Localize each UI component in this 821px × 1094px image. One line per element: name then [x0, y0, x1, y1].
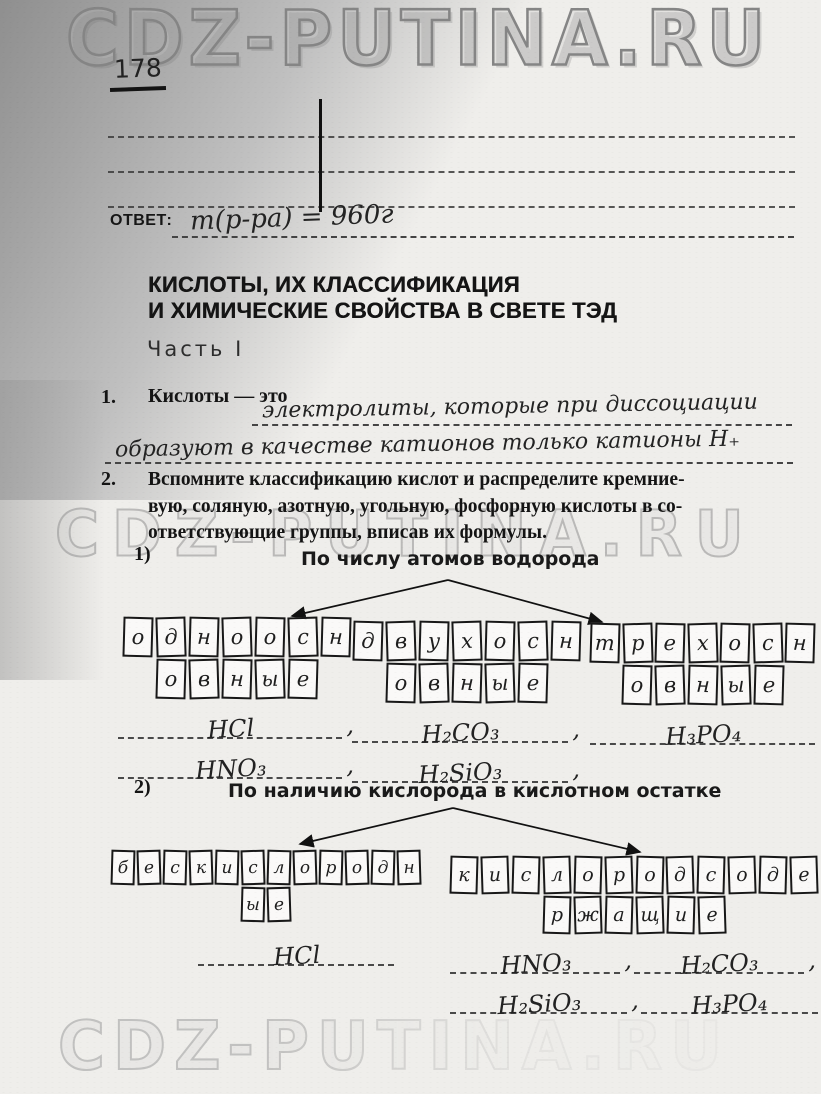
- letter-box: о: [221, 617, 252, 658]
- letter-box: н: [785, 623, 816, 664]
- group-monobasic: одноосновныеHCl,HNO₃,: [118, 617, 356, 779]
- letter-box: в: [385, 621, 416, 662]
- letter-box-row: овные: [118, 659, 356, 699]
- letter-box: о: [122, 617, 153, 658]
- ruled-line: [108, 171, 795, 173]
- watermark-top: CDZ-PUTINA.RU: [66, 0, 770, 82]
- chapter-title: КИСЛОТЫ, ИХ КЛАССИФИКАЦИЯ И ХИМИЧЕСКИЕ С…: [148, 272, 617, 324]
- question2-text-line1: Вспомните классификацию кислот и распред…: [148, 467, 803, 494]
- formula-line: HNO₃,: [118, 745, 356, 779]
- letter-box: л: [542, 856, 571, 895]
- letter-box: о: [155, 659, 186, 700]
- question2-text-line3: ответствующие группы, вписав их формулы.: [148, 520, 803, 547]
- question1-number: 1.: [101, 386, 116, 409]
- question2-text: Вспомните классификацию кислот и распред…: [148, 467, 803, 547]
- handwritten-formula: HCl: [206, 714, 254, 744]
- handwritten-formula: H₂CO₃: [680, 948, 760, 980]
- letter-box: е: [753, 665, 784, 706]
- handwritten-formula: H₃PO₄: [691, 988, 768, 1020]
- letter-box: д: [666, 856, 695, 895]
- sub1-number: 1): [134, 543, 151, 566]
- letter-box-row: бескислородн: [108, 850, 424, 885]
- letter-box: е: [287, 659, 318, 700]
- formula-underline: H₂SiO₃: [450, 984, 627, 1014]
- formula-underline: HCl: [118, 709, 342, 739]
- group-tribasic: трехосновныеH₃PO₄: [590, 623, 815, 745]
- letter-box: е: [517, 663, 548, 704]
- sub2-title: По наличию кислорода в кислотном остатке: [228, 780, 721, 802]
- letter-box: с: [240, 850, 265, 886]
- letter-box-row: овные: [352, 663, 582, 703]
- letter-box-row: ржащие: [450, 896, 818, 934]
- letter-box: е: [136, 850, 161, 886]
- letter-box: н: [320, 617, 351, 658]
- letter-box: о: [720, 623, 751, 664]
- formula-line: H₃PO₄: [590, 711, 815, 745]
- letter-box: н: [451, 663, 482, 704]
- letter-box: е: [655, 623, 686, 664]
- formula-underline: H₂SiO₃: [352, 753, 568, 783]
- letter-box: в: [418, 663, 449, 704]
- group-dibasic: двухосновныеH₂CO₃,H₂SiO₃,: [352, 621, 582, 783]
- ruled-line: [108, 136, 795, 138]
- vertical-stroke: [319, 99, 322, 212]
- letter-box: р: [622, 623, 653, 664]
- letter-box: н: [687, 665, 718, 706]
- letter-box: с: [163, 850, 188, 886]
- question2-number: 2.: [101, 468, 116, 491]
- letter-box: с: [517, 621, 548, 662]
- letter-box: о: [484, 621, 515, 662]
- formula-line: HNO₃,H₂CO₃,: [450, 940, 818, 974]
- letter-box: к: [188, 850, 213, 886]
- letter-box: и: [666, 896, 695, 935]
- letter-box-row: кислородсоде: [450, 856, 818, 894]
- letter-box: о: [385, 663, 416, 704]
- letter-box: о: [344, 850, 369, 886]
- letter-box: щ: [635, 896, 664, 935]
- letter-box: р: [319, 850, 344, 886]
- comma: ,: [624, 946, 632, 974]
- watermark-bottom: CDZ-PUTINA.RU: [58, 1008, 730, 1086]
- sub2-number: 2): [134, 776, 151, 799]
- question2-text-line2: вую, соляную, азотную, угольную, фосфорн…: [148, 494, 803, 521]
- letter-box: б: [111, 850, 136, 886]
- letter-box: о: [573, 856, 602, 895]
- letter-box: и: [480, 856, 509, 895]
- chapter-title-line2: И ХИМИЧЕСКИЕ СВОЙСТВА В СВЕТЕ ТЭД: [148, 298, 617, 324]
- formula-line: H₂SiO₃,H₃PO₄: [450, 980, 818, 1014]
- formula-underline: HNO₃: [118, 749, 342, 779]
- letter-box-row: двухосн: [352, 621, 582, 661]
- letter-box: д: [155, 617, 186, 658]
- letter-box: о: [292, 850, 317, 886]
- letter-box: р: [604, 856, 633, 895]
- letter-box: т: [589, 623, 620, 664]
- sub1-title: По числу атомов водорода: [301, 548, 600, 570]
- handwritten-formula: H₂CO₃: [421, 717, 501, 749]
- comma: ,: [808, 946, 816, 974]
- letter-box: н: [188, 617, 219, 658]
- letter-box: д: [759, 856, 788, 895]
- letter-box: е: [790, 856, 819, 895]
- letter-box: к: [449, 856, 478, 895]
- formula-line: H₂CO₃,: [352, 709, 582, 743]
- letter-box: ы: [484, 663, 515, 704]
- letter-box: н: [550, 621, 581, 662]
- letter-box: о: [728, 856, 757, 895]
- scanned-workbook-page: CDZ-PUTINA.RU CDZ-PUTINA.RU CDZ-PUTINA.R…: [0, 0, 821, 1094]
- letter-box: е: [266, 887, 291, 923]
- letter-box: р: [542, 896, 571, 935]
- letter-box: ж: [573, 896, 602, 935]
- handwritten-formula: H₃PO₄: [664, 719, 741, 751]
- group-oxygen-free: бескислородныеHCl: [108, 850, 424, 966]
- letter-box-row: одноосн: [118, 617, 356, 657]
- letter-box: в: [188, 659, 219, 700]
- letter-box: ы: [254, 659, 285, 700]
- letter-box: х: [451, 621, 482, 662]
- comma: ,: [631, 986, 639, 1014]
- letter-box: а: [604, 896, 633, 935]
- handwritten-formula: HNO₃: [499, 948, 572, 980]
- formula-line: H₂SiO₃,: [352, 749, 582, 783]
- formula-line: HCl,: [118, 705, 356, 739]
- letter-box: о: [635, 856, 664, 895]
- letter-box-row: трехосн: [590, 623, 815, 663]
- part-label: Часть I: [147, 337, 244, 361]
- formula-line: HCl: [198, 932, 394, 966]
- formula-underline: H₂CO₃: [352, 713, 568, 743]
- letter-box: и: [215, 850, 240, 886]
- letter-box: ы: [241, 887, 266, 923]
- handwritten-formula: H₂SiO₃: [496, 988, 581, 1020]
- letter-box: о: [621, 665, 652, 706]
- letter-box: в: [654, 665, 685, 706]
- letter-box-row: ые: [108, 887, 424, 922]
- letter-box: с: [287, 617, 318, 658]
- formula-underline: HNO₃: [450, 944, 620, 974]
- letter-box: с: [697, 856, 726, 895]
- answer-label: ОТВЕТ:: [110, 212, 172, 230]
- question1-answer-line2: образуют в качестве катионов только кати…: [105, 434, 793, 464]
- formula-underline: H₃PO₄: [590, 715, 815, 745]
- letter-box: ы: [720, 665, 751, 706]
- letter-box: д: [352, 621, 383, 662]
- formula-underline: H₂CO₃: [634, 944, 804, 974]
- question1-answer-line1: электролиты, которые при диссоциации: [252, 396, 792, 426]
- chapter-title-line1: КИСЛОТЫ, ИХ КЛАССИФИКАЦИЯ: [148, 272, 617, 298]
- letter-box: д: [371, 850, 396, 886]
- handwritten-formula: HCl: [272, 941, 320, 971]
- letter-box: х: [687, 623, 718, 664]
- group-oxygen-containing: кислородсодержащиеHNO₃,H₂CO₃,H₂SiO₃,H₃PO…: [450, 856, 818, 1014]
- formula-underline: HCl: [198, 936, 394, 966]
- letter-box: л: [267, 850, 292, 886]
- letter-box: с: [511, 856, 540, 895]
- letter-box: е: [697, 896, 726, 935]
- letter-box-row: овные: [590, 665, 815, 705]
- comma: ,: [572, 755, 580, 783]
- letter-box: н: [221, 659, 252, 700]
- formula-underline: H₃PO₄: [641, 984, 818, 1014]
- letter-box: н: [396, 850, 421, 886]
- page-number: 178: [114, 53, 163, 84]
- letter-box: о: [254, 617, 285, 658]
- comma: ,: [572, 715, 580, 743]
- letter-box: у: [418, 621, 449, 662]
- letter-box: с: [752, 623, 783, 664]
